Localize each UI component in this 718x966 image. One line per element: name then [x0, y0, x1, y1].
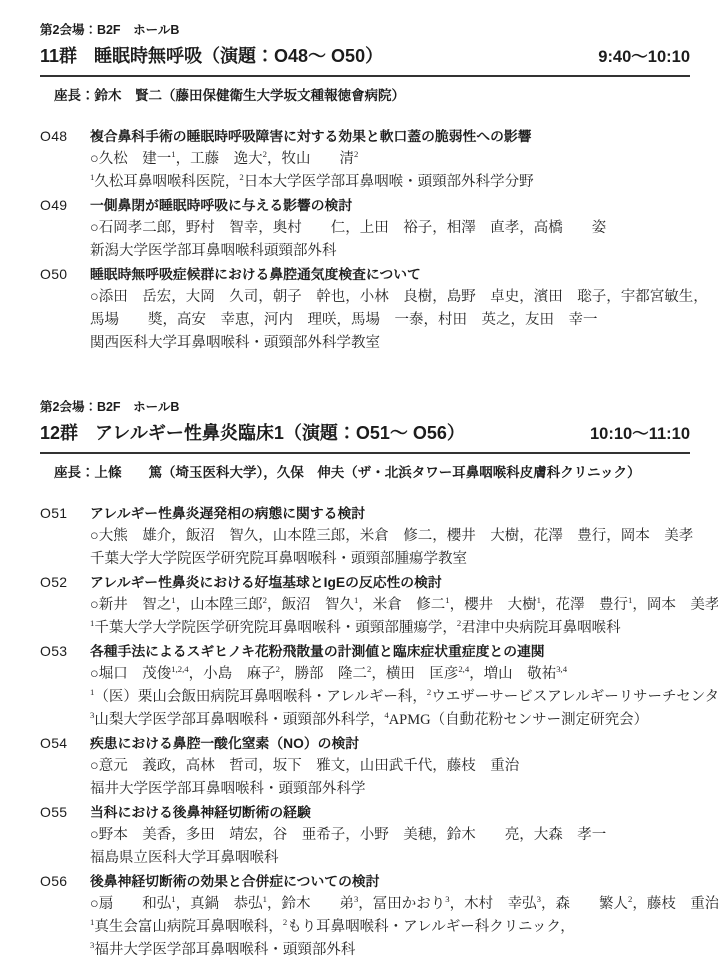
presentation-content: 各種手法によるスギヒノキ花粉飛散量の計測値と臨床症状重症度との連関 ○堀口 茂俊…	[90, 640, 718, 732]
session-heading: 12群 アレルギー性鼻炎臨床1（演題：O51～ O56）	[40, 421, 465, 445]
presentation-item: O49 一側鼻閉が睡眠時呼吸に与える影響の検討 ○石岡孝二郎，野村 智幸，奥村 …	[40, 194, 690, 263]
author-line: ○久松 建一1，工藤 逸大2，牧山 清2	[90, 148, 690, 171]
affiliation-line: 1千葉大学大学院医学研究院耳鼻咽喉科・頭頸部腫瘍学，2君津中央病院耳鼻咽喉科	[90, 617, 718, 640]
presentation-title: 各種手法によるスギヒノキ花粉飛散量の計測値と臨床症状重症度との連関	[90, 640, 718, 663]
venue-label: 第2会場：B2F ホールB	[40, 22, 690, 39]
divider-rule	[40, 75, 690, 77]
program-page: { "colors": { "background": "#ffffff", "…	[0, 0, 718, 966]
presentation-content: 後鼻神経切断術の効果と合併症についての検討 ○扇 和弘1，真鍋 恭弘1，鈴木 弟…	[90, 870, 718, 962]
author-line: 馬場 奬，高安 幸恵，河内 理咲，馬場 一泰，村田 英之，友田 幸一	[90, 309, 708, 332]
presentation-content: 疾患における鼻腔一酸化窒素（NO）の検討 ○意元 義政，高林 哲司，坂下 雅文，…	[90, 732, 690, 801]
session-heading: 11群 睡眠時無呼吸（演題：O48～ O50）	[40, 44, 383, 68]
presentation-content: アレルギー性鼻炎における好塩基球とIgEの反応性の検討 ○新井 智之1，山本陞三…	[90, 571, 718, 640]
author-line: ○新井 智之1，山本陞三郎2，飯沼 智久1，米倉 修二1，櫻井 大樹1，花澤 豊…	[90, 594, 718, 617]
session-time-range: 9:40～10:10	[598, 45, 690, 69]
venue-label: 第2会場：B2F ホールB	[40, 399, 690, 416]
presentation-title: 当科における後鼻神経切断術の経験	[90, 801, 690, 824]
affiliation-line: 千葉大学大学院医学研究院耳鼻咽喉科・頭頸部腫瘍学教室	[90, 548, 693, 571]
presentation-list: O51 アレルギー性鼻炎遅発相の病態に関する検討 ○大熊 雄介，飯沼 智久，山本…	[40, 502, 690, 962]
affiliation-line: 福井大学医学部耳鼻咽喉科・頭頸部外科学	[90, 778, 690, 801]
presentation-title: 一側鼻閉が睡眠時呼吸に与える影響の検討	[90, 194, 690, 217]
author-line: ○扇 和弘1，真鍋 恭弘1，鈴木 弟3，冨田かおり3，木村 幸弘3，森 繁人2，…	[90, 893, 718, 916]
session-topic-title: アレルギー性鼻炎臨床1（演題：O51～ O56）	[95, 421, 465, 445]
session-topic-title: 睡眠時無呼吸（演題：O48～ O50）	[94, 44, 383, 68]
program-page-inner: 第2会場：B2F ホールB 11群 睡眠時無呼吸（演題：O48～ O50） 9:…	[0, 0, 718, 962]
affiliation-line: 1真生会富山病院耳鼻咽喉科，2もり耳鼻咽喉科・アレルギー科クリニック，	[90, 916, 718, 939]
affiliation-line: 3福井大学医学部耳鼻咽喉科・頭頸部外科	[90, 939, 718, 962]
author-line: ○堀口 茂俊1,2,4，小島 麻子2，勝部 隆二2，横田 匡彦2,4，増山 敬祐…	[90, 663, 718, 686]
presentation-content: 一側鼻閉が睡眠時呼吸に与える影響の検討 ○石岡孝二郎，野村 智幸，奥村 仁，上田…	[90, 194, 690, 263]
affiliation-line: 3山梨大学医学部耳鼻咽喉科・頭頸部外科学，4APMG（自動花粉センサー測定研究会…	[90, 709, 718, 732]
presentation-title: 睡眠時無呼吸症候群における鼻腔通気度検査について	[90, 263, 708, 286]
session-group-number: 11群	[40, 44, 77, 68]
affiliation-line: 福島県立医科大学耳鼻咽喉科	[90, 847, 690, 870]
presentation-item: O54 疾患における鼻腔一酸化窒素（NO）の検討 ○意元 義政，高林 哲司，坂下…	[40, 732, 690, 801]
affiliation-line: 関西医科大学耳鼻咽喉科・頭頸部外科学教室	[90, 332, 708, 355]
presentation-code: O51	[40, 502, 90, 571]
session-block: 第2会場：B2F ホールB 12群 アレルギー性鼻炎臨床1（演題：O51～ O5…	[40, 399, 690, 962]
presentation-item: O56 後鼻神経切断術の効果と合併症についての検討 ○扇 和弘1，真鍋 恭弘1，…	[40, 870, 690, 962]
author-line: ○添田 岳宏，大岡 久司，朝子 幹也，小林 良樹，島野 卓史，濱田 聡子，宇都宮…	[90, 286, 708, 309]
presentation-code: O54	[40, 732, 90, 801]
presentation-code: O48	[40, 125, 90, 194]
presentation-title: アレルギー性鼻炎遅発相の病態に関する検討	[90, 502, 693, 525]
chair-label: 座長：鈴木 賢二（藤田保健衛生大学坂文種報徳會病院）	[54, 86, 690, 105]
presentation-item: O52 アレルギー性鼻炎における好塩基球とIgEの反応性の検討 ○新井 智之1，…	[40, 571, 690, 640]
author-line: ○石岡孝二郎，野村 智幸，奥村 仁，上田 裕子，相澤 直孝，高橋 姿	[90, 217, 690, 240]
affiliation-line: 新潟大学医学部耳鼻咽喉科頭頸部外科	[90, 240, 690, 263]
presentation-code: O52	[40, 571, 90, 640]
presentation-item: O53 各種手法によるスギヒノキ花粉飛散量の計測値と臨床症状重症度との連関 ○堀…	[40, 640, 690, 732]
author-line: ○野本 美香，多田 靖宏，谷 亜希子，小野 美穂，鈴木 亮，大森 孝一	[90, 824, 690, 847]
presentation-title: アレルギー性鼻炎における好塩基球とIgEの反応性の検討	[90, 571, 718, 594]
chair-label: 座長：上條 篤（埼玉医科大学），久保 伸夫（ザ・北浜タワー耳鼻咽喉科皮膚科クリニ…	[54, 463, 690, 482]
presentation-code: O56	[40, 870, 90, 962]
presentation-item: O50 睡眠時無呼吸症候群における鼻腔通気度検査について ○添田 岳宏，大岡 久…	[40, 263, 690, 355]
presentation-item: O51 アレルギー性鼻炎遅発相の病態に関する検討 ○大熊 雄介，飯沼 智久，山本…	[40, 502, 690, 571]
presentation-content: 複合鼻科手術の睡眠時呼吸障害に対する効果と軟口蓋の脆弱性への影響 ○久松 建一1…	[90, 125, 690, 194]
presentation-title: 後鼻神経切断術の効果と合併症についての検討	[90, 870, 718, 893]
presentation-code: O55	[40, 801, 90, 870]
divider-rule	[40, 452, 690, 454]
presentation-code: O49	[40, 194, 90, 263]
presentation-title: 複合鼻科手術の睡眠時呼吸障害に対する効果と軟口蓋の脆弱性への影響	[90, 125, 690, 148]
session-group-number: 12群	[40, 421, 78, 445]
presentation-item: O55 当科における後鼻神経切断術の経験 ○野本 美香，多田 靖宏，谷 亜希子，…	[40, 801, 690, 870]
session-block: 第2会場：B2F ホールB 11群 睡眠時無呼吸（演題：O48～ O50） 9:…	[40, 22, 690, 355]
session-title-row: 12群 アレルギー性鼻炎臨床1（演題：O51～ O56） 10:10～11:10	[40, 421, 690, 446]
presentation-content: アレルギー性鼻炎遅発相の病態に関する検討 ○大熊 雄介，飯沼 智久，山本陞三郎，…	[90, 502, 693, 571]
session-title-row: 11群 睡眠時無呼吸（演題：O48～ O50） 9:40～10:10	[40, 44, 690, 69]
session-time-range: 10:10～11:10	[590, 422, 690, 446]
presentation-list: O48 複合鼻科手術の睡眠時呼吸障害に対する効果と軟口蓋の脆弱性への影響 ○久松…	[40, 125, 690, 355]
affiliation-line: 1久松耳鼻咽喉科医院，2日本大学医学部耳鼻咽喉・頭頸部外科学分野	[90, 171, 690, 194]
presentation-title: 疾患における鼻腔一酸化窒素（NO）の検討	[90, 732, 690, 755]
presentation-code: O53	[40, 640, 90, 732]
presentation-content: 当科における後鼻神経切断術の経験 ○野本 美香，多田 靖宏，谷 亜希子，小野 美…	[90, 801, 690, 870]
presentation-code: O50	[40, 263, 90, 355]
presentation-content: 睡眠時無呼吸症候群における鼻腔通気度検査について ○添田 岳宏，大岡 久司，朝子…	[90, 263, 708, 355]
author-line: ○意元 義政，高林 哲司，坂下 雅文，山田武千代，藤枝 重治	[90, 755, 690, 778]
author-line: ○大熊 雄介，飯沼 智久，山本陞三郎，米倉 修二，櫻井 大樹，花澤 豊行，岡本 …	[90, 525, 693, 548]
affiliation-line: 1（医）栗山会飯田病院耳鼻咽喉科・アレルギー科，2ウエザーサービスアレルギーリサ…	[90, 686, 718, 709]
presentation-item: O48 複合鼻科手術の睡眠時呼吸障害に対する効果と軟口蓋の脆弱性への影響 ○久松…	[40, 125, 690, 194]
